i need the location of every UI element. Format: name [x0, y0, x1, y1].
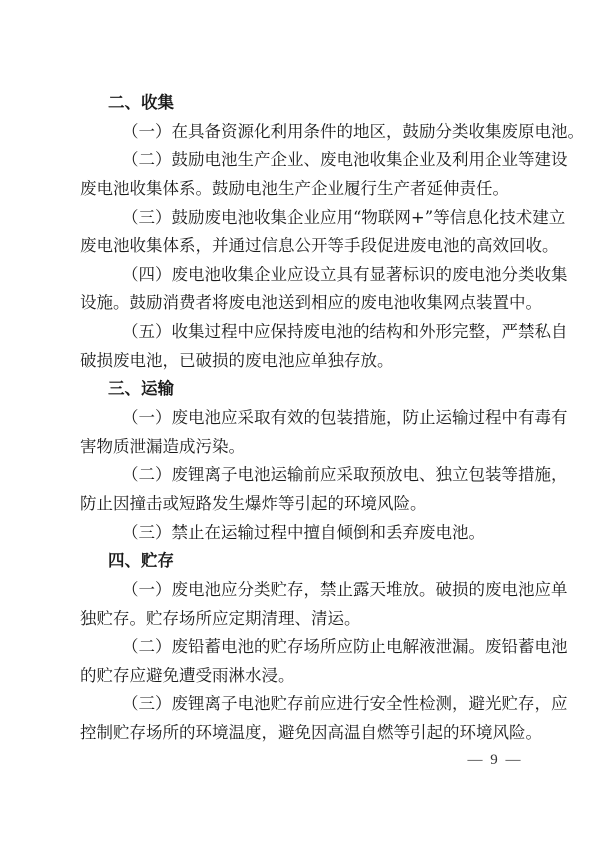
paragraph-line: （三）鼓励废电池收集企业应用“物联网+”等信息化技术建立: [80, 204, 522, 233]
section-heading-collection: 二、收集: [80, 89, 522, 118]
paragraph-line: 废电池收集体系。鼓励电池生产企业履行生产者延伸责任。: [80, 175, 522, 204]
section-heading-transport: 三、运输: [80, 375, 522, 404]
paragraph-line: （一）废电池应采取有效的包装措施，防止运输过程中有毒有: [80, 404, 522, 433]
paragraph-line: （五）收集过程中应保持废电池的结构和外形完整，严禁私自: [80, 318, 522, 347]
paragraph-line: （二）鼓励电池生产企业、废电池收集企业及利用企业等建设: [80, 146, 522, 175]
paragraph-line: 设施。鼓励消费者将废电池送到相应的废电池收集网点装置中。: [80, 289, 522, 318]
paragraph-line: 的贮存应避免遭受雨淋水浸。: [80, 662, 522, 691]
paragraph-line: （一）废电池应分类贮存，禁止露天堆放。破损的废电池应单: [80, 576, 522, 605]
paragraph-line: 破损废电池，已破损的废电池应单独存放。: [80, 347, 522, 376]
page-number: — 9 —: [465, 752, 525, 769]
document-page-body: 二、收集 （一）在具备资源化利用条件的地区，鼓励分类收集废原电池。 （二）鼓励电…: [80, 89, 522, 748]
paragraph-line: （四）废电池收集企业应设立具有显著标识的废电池分类收集: [80, 261, 522, 290]
section-heading-storage: 四、贮存: [80, 547, 522, 576]
paragraph-line: 害物质泄漏造成污染。: [80, 433, 522, 462]
paragraph-line: 独贮存。贮存场所应定期清理、清运。: [80, 605, 522, 634]
paragraph-line: （一）在具备资源化利用条件的地区，鼓励分类收集废原电池。: [80, 118, 522, 147]
paragraph-line: （三）废锂离子电池贮存前应进行安全性检测，避光贮存，应: [80, 690, 522, 719]
paragraph-line: 控制贮存场所的环境温度，避免因高温自燃等引起的环境风险。: [80, 719, 522, 748]
paragraph-line: （三）禁止在运输过程中擅自倾倒和丢弃废电池。: [80, 519, 522, 548]
paragraph-line: 防止因撞击或短路发生爆炸等引起的环境风险。: [80, 490, 522, 519]
paragraph-line: （二）废铅蓄电池的贮存场所应防止电解液泄漏。废铅蓄电池: [80, 633, 522, 662]
paragraph-line: 废电池收集体系，并通过信息公开等手段促进废电池的高效回收。: [80, 232, 522, 261]
paragraph-line: （二）废锂离子电池运输前应采取预放电、独立包装等措施，: [80, 461, 522, 490]
